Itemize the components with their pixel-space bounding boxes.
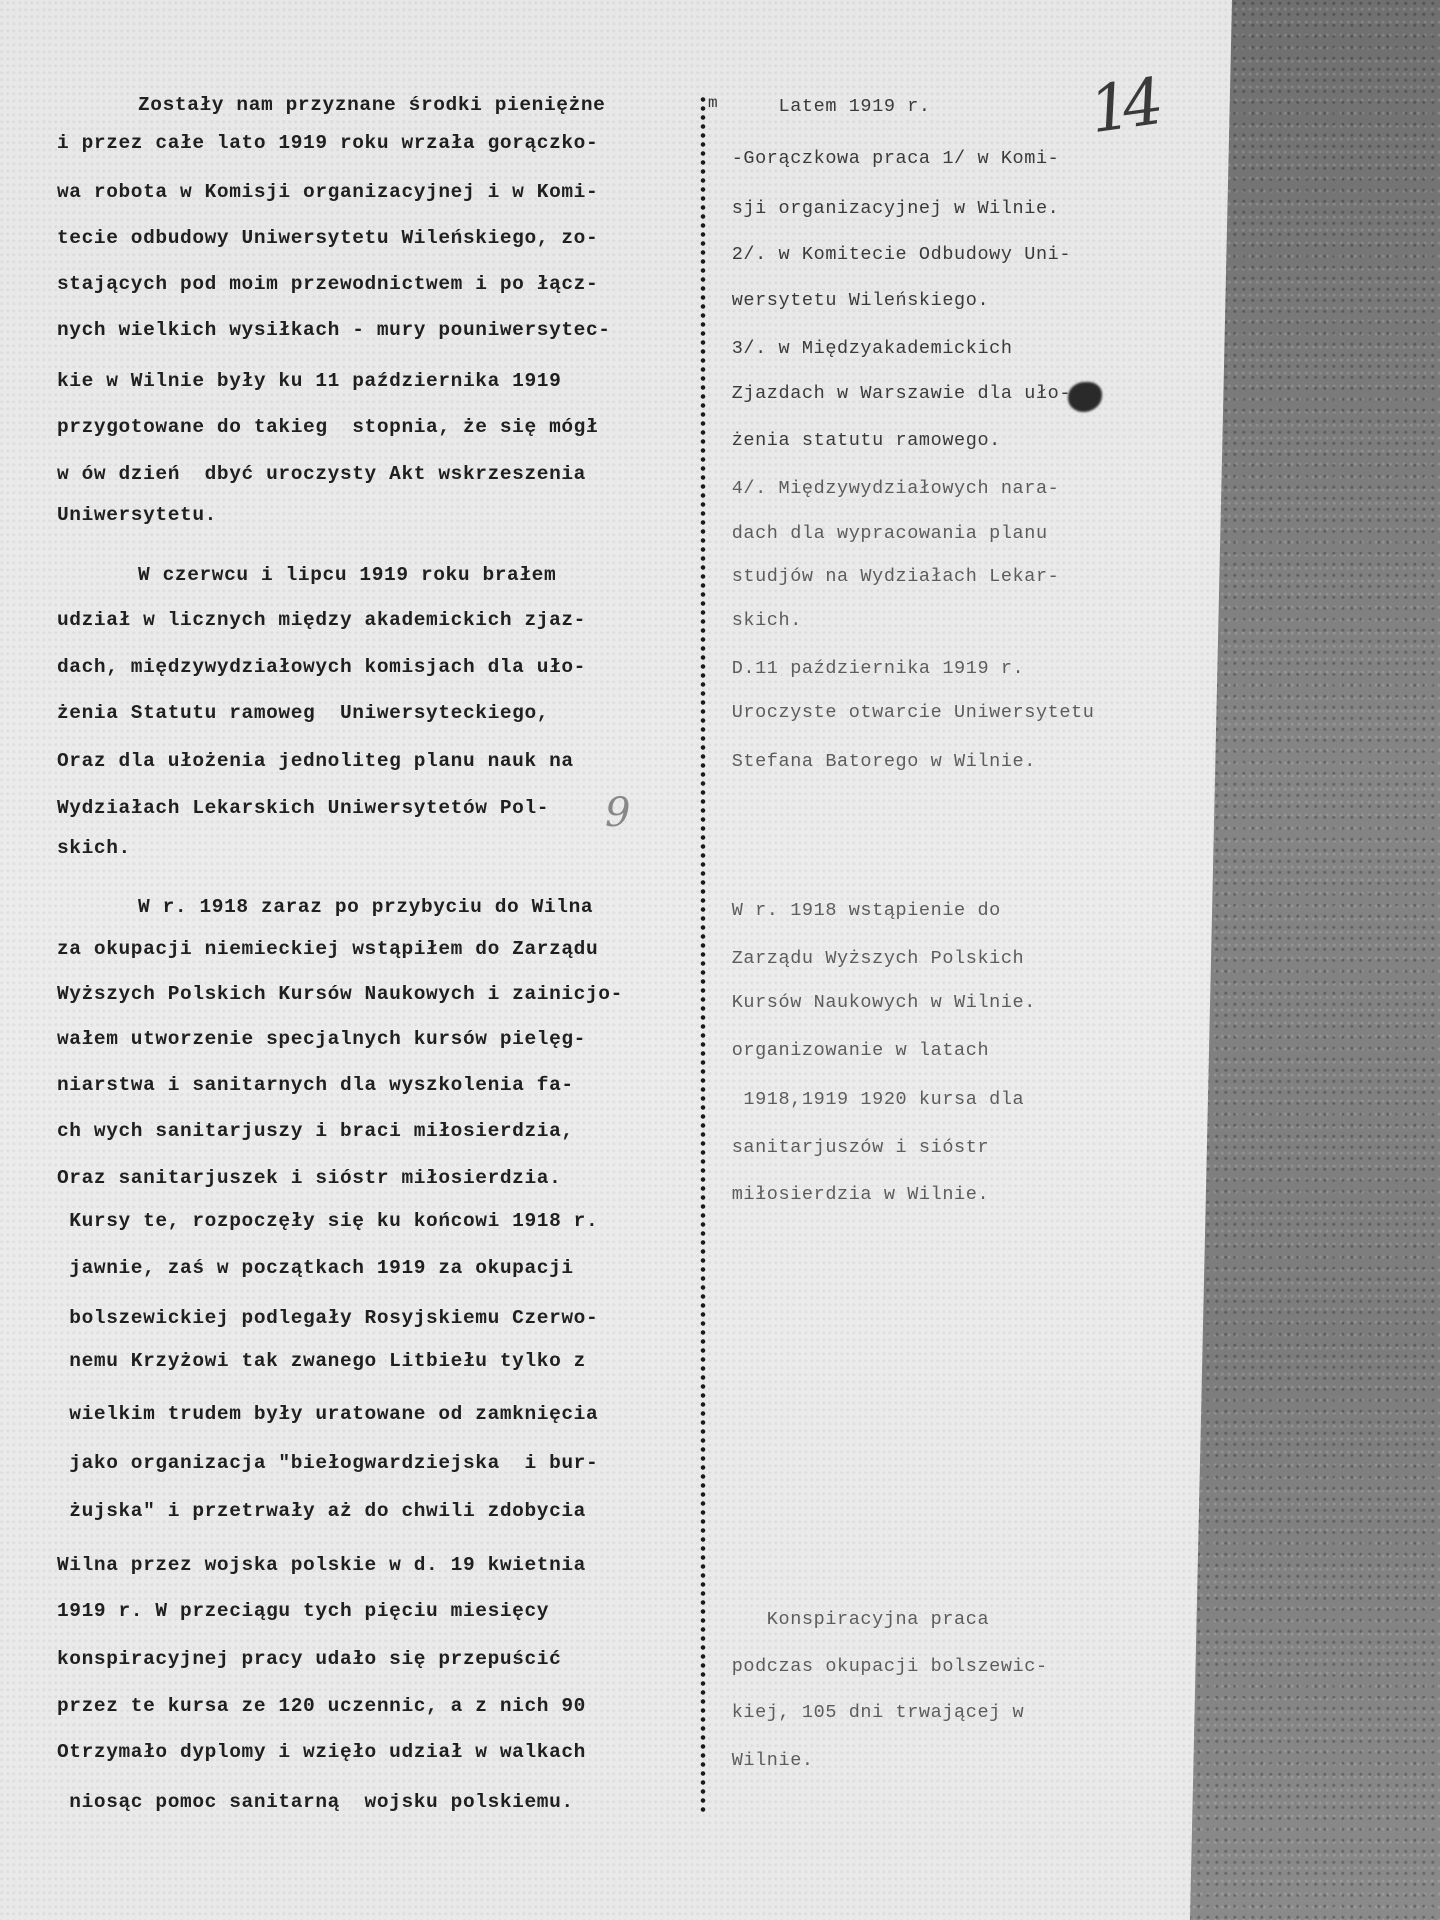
margin-text-line: 2/. w Komitecie Odbudowy Uni- <box>720 246 1071 265</box>
text-line: niarstwa i sanitarnych dla wyszkolenia f… <box>57 1076 574 1096</box>
margin-text-line: Stefana Batorego w Wilnie. <box>720 753 1036 772</box>
margin-text-line: podczas okupacji bolszewic- <box>720 1658 1048 1677</box>
handwritten-page-number: 14 <box>1085 66 1160 148</box>
margin-text-line: Kursów Naukowych w Wilnie. <box>720 994 1036 1013</box>
dotted-column-divider <box>700 95 706 1815</box>
text-line: nych wielkich wysiłkach - mury pouniwers… <box>57 321 611 341</box>
margin-text-line: D.11 października 1919 r. <box>720 660 1024 679</box>
text-line: wałem utworzenie specjalnych kursów piel… <box>57 1030 586 1050</box>
margin-text-line: studjów na Wydziałach Lekar- <box>720 568 1059 587</box>
text-line: ch wych sanitarjuszy i braci miłosierdzi… <box>57 1122 574 1142</box>
margin-text-line: Konspiracyjna praca <box>720 1611 989 1630</box>
text-line: tecie odbudowy Uniwersytetu Wileńskiego,… <box>57 229 598 249</box>
text-line: konspiracyjnej pracy udało się przepuści… <box>57 1650 561 1670</box>
divider-mark: m <box>708 94 718 112</box>
text-line: Zostały nam przyznane środki pieniężne <box>138 96 605 116</box>
text-line: Oraz dla ułożenia jednoliteg planu nauk … <box>57 752 574 772</box>
text-line: Wilna przez wojska polskie w d. 19 kwiet… <box>57 1556 586 1576</box>
text-line: jawnie, zaś w początkach 1919 za okupacj… <box>57 1259 574 1279</box>
text-line: Wydziałach Lekarskich Uniwersytetów Pol- <box>57 799 549 819</box>
ink-blot <box>1068 382 1102 412</box>
margin-text-line: Zarządu Wyższych Polskich <box>720 950 1024 969</box>
text-line: Uniwersytetu. <box>57 506 217 526</box>
text-line: żenia Statutu ramoweg Uniwersyteckiego, <box>57 704 549 724</box>
margin-text-line: -Gorączkowa praca 1/ w Komi- <box>720 150 1059 169</box>
text-line: przez te kursa ze 120 uczennic, a z nich… <box>57 1697 586 1717</box>
text-line: jako organizacja "biełogwardziejska i bu… <box>57 1454 598 1474</box>
margin-text-line: organizowanie w latach <box>720 1042 989 1061</box>
margin-text-line: żenia statutu ramowego. <box>720 432 1001 451</box>
margin-text-line: Wilnie. <box>720 1752 814 1771</box>
text-line: wa robota w Komisji organizacyjnej i w K… <box>57 183 598 203</box>
margin-text-line: W r. 1918 wstąpienie do <box>720 902 1001 921</box>
text-line: W czerwcu i lipcu 1919 roku brałem <box>138 566 556 586</box>
text-line: żujska" i przetrwały aż do chwili zdobyc… <box>57 1502 586 1522</box>
text-line: i przez całe lato 1919 roku wrzała gorąc… <box>57 134 598 154</box>
text-line: kie w Wilnie były ku 11 października 191… <box>57 372 561 392</box>
margin-text-line: kiej, 105 dni trwającej w <box>720 1704 1024 1723</box>
text-line: stających pod moim przewodnictwem i po ł… <box>57 275 598 295</box>
margin-text-line: 4/. Międzywydziałowych nara- <box>720 480 1059 499</box>
margin-text-line: 1918,1919 1920 kursa dla <box>720 1091 1024 1110</box>
margin-text-line: Latem 1919 r. <box>720 98 931 117</box>
text-line: bolszewickiej podlegały Rosyjskiemu Czer… <box>57 1309 598 1329</box>
text-line: Wyższych Polskich Kursów Naukowych i zai… <box>57 985 623 1005</box>
text-line: w ów dzień dbyć uroczysty Akt wskrzeszen… <box>57 465 586 485</box>
text-line: wielkim trudem były uratowane od zamknię… <box>57 1405 598 1425</box>
text-line: Kursy te, rozpoczęły się ku końcowi 1918… <box>57 1212 598 1232</box>
margin-text-line: sji organizacyjnej w Wilnie. <box>720 200 1059 219</box>
text-line: nemu Krzyżowi tak zwanego Litbiełu tylko… <box>57 1352 586 1372</box>
margin-text-line: miłosierdzia w Wilnie. <box>720 1186 989 1205</box>
text-line: W r. 1918 zaraz po przybyciu do Wilna <box>138 898 593 918</box>
margin-text-line: wersytetu Wileńskiego. <box>720 292 989 311</box>
text-line: 1919 r. W przeciągu tych pięciu miesięcy <box>57 1602 549 1622</box>
text-line: Oraz sanitarjuszek i sióstr miłosierdzia… <box>57 1169 561 1189</box>
margin-text-line: dach dla wypracowania planu <box>720 525 1048 544</box>
margin-text-line: Zjazdach w Warszawie dla uło- <box>720 385 1071 404</box>
handwritten-margin-note: 9 <box>605 790 630 836</box>
text-line: skich. <box>57 839 131 859</box>
margin-text-line: 3/. w Międzyakademickich <box>720 340 1013 359</box>
margin-text-line: Uroczyste otwarcie Uniwersytetu <box>720 704 1094 723</box>
text-line: Otrzymało dyplomy i wzięło udział w walk… <box>57 1743 586 1763</box>
text-line: udział w licznych między akademickich zj… <box>57 611 586 631</box>
margin-text-line: skich. <box>720 612 802 631</box>
document-page: 14 9 Zostały nam przyznane środki pienię… <box>0 0 1232 1920</box>
margin-text-line: sanitarjuszów i sióstr <box>720 1139 989 1158</box>
text-line: niosąc pomoc sanitarną wojsku polskiemu. <box>57 1793 574 1813</box>
text-line: za okupacji niemieckiej wstąpiłem do Zar… <box>57 940 598 960</box>
text-line: dach, międzywydziałowych komisjach dla u… <box>57 658 586 678</box>
text-line: przygotowane do takieg stopnia, że się m… <box>57 418 598 438</box>
